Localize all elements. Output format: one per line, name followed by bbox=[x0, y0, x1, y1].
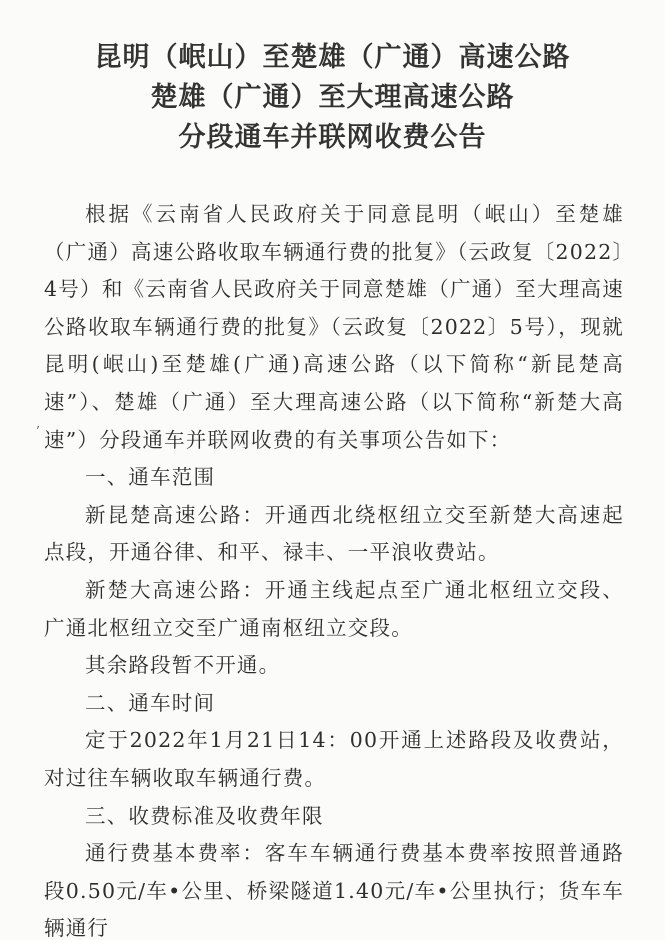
paragraph-base-rate: 通行费基本费率：客车车辆通行费基本费率按照普通路段0.50元/车•公里、桥梁隧道… bbox=[44, 835, 624, 940]
paragraph-xinkunchu: 新昆楚高速公路：开通西北绕枢纽立交至新楚大高速起点段，开通谷律、和平、禄丰、一平… bbox=[44, 497, 624, 572]
section-heading-fees: 三、收费标准及收费年限 bbox=[44, 798, 624, 836]
title-line-2: 楚雄（广通）至大理高速公路 bbox=[0, 78, 665, 118]
title-line-3: 分段通车并联网收费公告 bbox=[0, 118, 665, 158]
paragraph-remaining: 其余路段暂不开通。 bbox=[44, 647, 624, 685]
paragraph-xinchuda: 新楚大高速公路：开通主线起点至广通北枢纽立交段、广通北枢纽立交至广通南枢纽立交段… bbox=[44, 572, 624, 647]
margin-mark: ’ bbox=[36, 424, 40, 438]
intro-paragraph: 根据《云南省人民政府关于同意昆明（岷山）至楚雄（广通）高速公路收取车辆通行费的批… bbox=[44, 196, 624, 459]
announcement-body: 根据《云南省人民政府关于同意昆明（岷山）至楚雄（广通）高速公路收取车辆通行费的批… bbox=[44, 196, 624, 940]
title-line-1: 昆明（岷山）至楚雄（广通）高速公路 bbox=[0, 38, 665, 78]
announcement-title: 昆明（岷山）至楚雄（广通）高速公路 楚雄（广通）至大理高速公路 分段通车并联网收… bbox=[0, 38, 665, 158]
section-heading-time: 二、通车时间 bbox=[44, 685, 624, 723]
paragraph-opening-time: 定于2022年1月21日14：00开通上述路段及收费站，对过往车辆收取车辆通行费… bbox=[44, 722, 624, 797]
section-heading-scope: 一、通车范围 bbox=[44, 459, 624, 497]
